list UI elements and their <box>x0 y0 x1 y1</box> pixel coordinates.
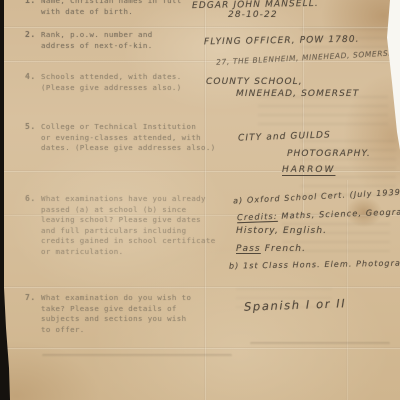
question-6-line-4: and full particulars including <box>41 226 216 237</box>
question-6: 6. What examinations have you already pa… <box>25 194 216 258</box>
pass-subject: French. <box>261 244 306 254</box>
question-6-line-5: credits gained in school certificate <box>41 236 216 247</box>
question-2-line-1: Rank, p.o.w. number and <box>41 30 153 41</box>
question-7-line-3: subjects and sections you wish <box>41 314 191 325</box>
question-6-line-2: passed (a) at school (b) since <box>41 205 216 216</box>
question-4-line-1: Schools attended, with dates. <box>41 72 182 83</box>
answer-school-line-2: MINEHEAD, SOMERSET <box>236 89 359 100</box>
answer-exam-to-take: Spanish I or II <box>244 298 347 313</box>
question-5: 5. College or Technical Institution or e… <box>25 122 216 154</box>
answer-exams-credits-2: History, English. <box>236 226 327 237</box>
question-7-number: 7. <box>25 293 36 303</box>
question-7-line-4: to offer. <box>41 325 191 336</box>
question-6-line-3: leaving school? Please give dates <box>41 215 216 226</box>
question-7-line-1: What examination do you wish to <box>41 293 191 304</box>
question-7: 7. What examination do you wish to take?… <box>25 293 191 335</box>
question-1: 1. Name, Christian names in full with da… <box>25 0 182 17</box>
answer-exams-pass: Pass French. <box>236 244 306 255</box>
question-5-number: 5. <box>25 122 36 132</box>
answer-school-line-1: COUNTY SCHOOL, <box>206 77 303 88</box>
question-7-line-2: take? Please give details of <box>41 304 191 315</box>
question-6-line-6: or matriculation. <box>41 247 216 258</box>
question-4-number: 4. <box>25 72 36 82</box>
question-5-line-3: dates. (Please give addresses also.) <box>41 143 216 154</box>
question-5-line-2: or evening-classes attended, with <box>41 133 216 144</box>
pass-label: Pass <box>236 244 261 254</box>
question-5-line-1: College or Technical Institution <box>41 122 216 133</box>
question-2-line-2: address of next-of-kin. <box>41 41 153 52</box>
question-2: 2. Rank, p.o.w. number and address of ne… <box>25 30 153 51</box>
question-1-line-2: with date of birth. <box>41 7 182 18</box>
answer-college-line-2: PHOTOGRAPHY. <box>287 149 371 160</box>
scanned-document: 1. Name, Christian names in full with da… <box>0 0 400 400</box>
question-2-number: 2. <box>25 30 36 40</box>
answer-college-line-3: HARROW <box>282 165 335 176</box>
question-6-number: 6. <box>25 194 36 204</box>
question-4: 4. Schools attended, with dates. (Please… <box>25 72 182 93</box>
question-1-number: 1. <box>25 0 36 6</box>
answer-date-of-birth: 28-10-22 <box>228 10 278 21</box>
question-1-line-1: Name, Christian names in full <box>41 0 182 7</box>
credits-label: Credits: <box>237 211 278 222</box>
question-6-line-1: What examinations have you already <box>41 194 216 205</box>
question-4-line-2: (Please give addresses also.) <box>41 83 182 94</box>
